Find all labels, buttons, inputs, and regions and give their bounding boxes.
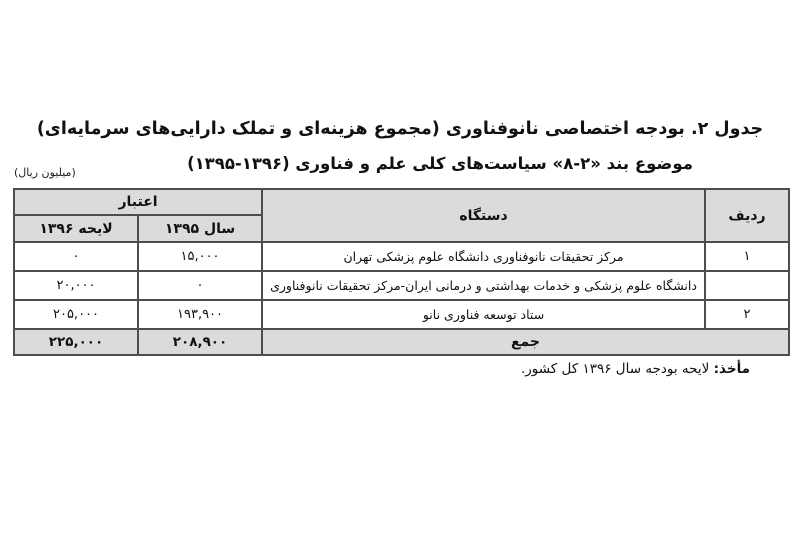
org-cell: دانشگاه علوم پزشکی و خدمات بهداشتی و درم… [262, 271, 705, 300]
org-cell: ستاد توسعه فناوری نانو [262, 300, 705, 329]
source-text: لایحه بودجه سال ۱۳۹۶ کل کشور. [521, 361, 714, 377]
table-row: ۱ مرکز تحقیقات نانوفناوری دانشگاه علوم پ… [14, 242, 789, 271]
value-1395: ۱۹۳,۹۰۰ [138, 300, 262, 329]
header-organization: دستگاه [262, 189, 705, 242]
total-label: جمع [262, 329, 789, 355]
document-page: جدول ۲. بودجه اختصاصی نانوفناوری (مجموع … [0, 0, 800, 557]
header-rank: ردیف [705, 189, 789, 242]
source-note: مأخذ: لایحه بودجه سال ۱۳۹۶ کل کشور. [521, 361, 750, 377]
value-1395: ۱۵,۰۰۰ [138, 242, 262, 271]
header-credit: اعتبار [14, 189, 262, 215]
org-cell: مرکز تحقیقات نانوفناوری دانشگاه علوم پزش… [262, 242, 705, 271]
total-value-1396: ۲۲۵,۰۰۰ [14, 329, 138, 355]
table-title: جدول ۲. بودجه اختصاصی نانوفناوری (مجموع … [0, 112, 800, 146]
rank-cell: ۱ [705, 242, 789, 271]
header-row-top: ردیف دستگاه اعتبار [14, 189, 789, 215]
header-bill-1396: لایحه ۱۳۹۶ [14, 215, 138, 242]
value-1396: ۲۰,۰۰۰ [14, 271, 138, 300]
header-year-1395: سال ۱۳۹۵ [138, 215, 262, 242]
value-1395: ۰ [138, 271, 262, 300]
rank-cell: ۲ [705, 300, 789, 329]
source-label: مأخذ: [714, 361, 750, 377]
value-1396: ۲۰۵,۰۰۰ [14, 300, 138, 329]
total-row: جمع ۲۰۸,۹۰۰ ۲۲۵,۰۰۰ [14, 329, 789, 355]
table-subtitle: موضوع بند «۲-۸» سیاست‌های کلی علم و فناو… [90, 148, 790, 180]
budget-table: ردیف دستگاه اعتبار سال ۱۳۹۵ لایحه ۱۳۹۶ ۱… [13, 188, 790, 356]
total-value-1395: ۲۰۸,۹۰۰ [138, 329, 262, 355]
table-row: دانشگاه علوم پزشکی و خدمات بهداشتی و درم… [14, 271, 789, 300]
value-1396: ۰ [14, 242, 138, 271]
table-row: ۲ ستاد توسعه فناوری نانو ۱۹۳,۹۰۰ ۲۰۵,۰۰۰ [14, 300, 789, 329]
unit-note: (میلیون ریال) [14, 166, 76, 179]
rank-cell [705, 271, 789, 300]
